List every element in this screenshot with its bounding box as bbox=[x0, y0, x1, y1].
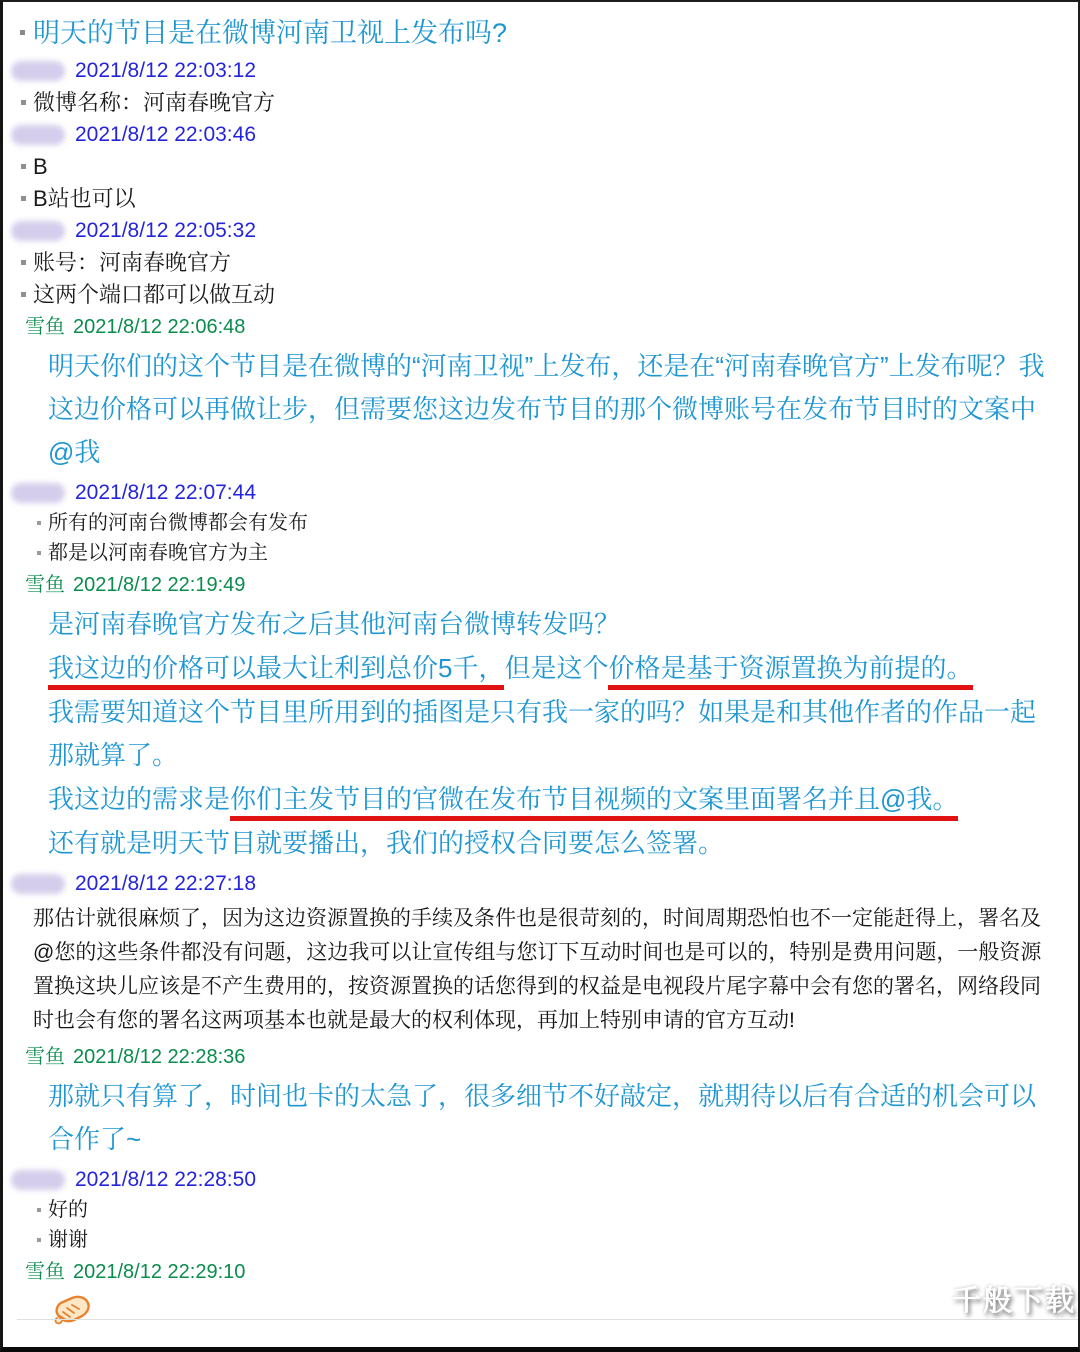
timestamp: 2021/8/12 22:06:48 bbox=[73, 316, 245, 338]
self-username: 雪鱼 bbox=[25, 1046, 65, 1068]
peer-message: 都是以河南春晚官方为主 bbox=[48, 541, 1068, 566]
peer-message: 那估计就很麻烦了，因为这边资源置换的手续及条件也是很苛刻的，时间周期恐怕也不一定… bbox=[33, 902, 1054, 1038]
chat-history: 明天的节目是在微博河南卫视上发布吗? 2021/8/12 22:03:12 微博… bbox=[3, 2, 1078, 1331]
timestamp: 2021/8/12 22:28:50 bbox=[75, 1166, 256, 1193]
plain-text: 但是这个 bbox=[504, 653, 608, 683]
self-message-underlined: 我这边的价格可以最大让利到总价5千，但是这个价格是基于资源置换为前提的。 bbox=[48, 647, 1054, 690]
timestamp: 2021/8/12 22:29:10 bbox=[73, 1261, 245, 1283]
peer-message: 好的 bbox=[48, 1198, 1068, 1223]
self-message: 还有就是明天节目就要播出，我们的授权合同要怎么签署。 bbox=[48, 822, 1054, 865]
peer-message: 所有的河南台微博都会有发布 bbox=[48, 511, 1068, 536]
timestamp: 2021/8/12 22:28:36 bbox=[73, 1046, 245, 1068]
self-message: 那就只有算了，时间也卡的太急了，很多细节不好敲定，就期待以后有合适的机会可以合作… bbox=[48, 1075, 1054, 1161]
underlined-text: 价格是基于资源置换为前提的。 bbox=[608, 653, 972, 690]
redacted-username bbox=[11, 61, 65, 81]
peer-timestamp-row: 2021/8/12 22:07:44 bbox=[11, 479, 1068, 506]
underlined-text: 我这边的价格可以最大让利到总价5千， bbox=[48, 653, 504, 690]
peer-message: 微博名称：河南春晚官方 bbox=[33, 89, 1068, 116]
peer-timestamp-row: 2021/8/12 22:03:46 bbox=[11, 121, 1068, 148]
self-message-emoji bbox=[51, 1291, 1068, 1331]
redacted-username bbox=[11, 125, 65, 145]
bottom-divider bbox=[17, 1319, 1078, 1320]
redacted-username bbox=[11, 874, 65, 894]
redacted-username bbox=[11, 483, 65, 503]
timestamp: 2021/8/12 22:05:32 bbox=[75, 217, 256, 244]
chat-log-page: 明天的节目是在微博河南卫视上发布吗? 2021/8/12 22:03:12 微博… bbox=[0, 0, 1080, 1352]
timestamp: 2021/8/12 22:07:44 bbox=[75, 479, 256, 506]
peer-message: B站也可以 bbox=[33, 185, 1068, 212]
peer-message: B bbox=[33, 153, 1068, 180]
peer-message: 这两个端口都可以做互动 bbox=[33, 281, 1068, 308]
plain-text: 我这边的需求是 bbox=[48, 784, 230, 814]
self-message-underlined: 我这边的需求是你们主发节目的官微在发布节目视频的文案里面署名并且@我。 bbox=[48, 778, 1054, 821]
self-username: 雪鱼 bbox=[25, 1261, 65, 1283]
timestamp: 2021/8/12 22:03:12 bbox=[75, 57, 256, 84]
redacted-username bbox=[11, 221, 65, 241]
handshake-icon bbox=[51, 1291, 93, 1329]
underlined-text: 你们主发节目的官微在发布节目视频的文案里面署名并且@我。 bbox=[230, 784, 958, 821]
self-timestamp-row: 雪鱼2021/8/12 22:06:48 bbox=[25, 314, 1068, 340]
peer-timestamp-row: 2021/8/12 22:27:18 bbox=[11, 870, 1068, 897]
peer-message: 谢谢 bbox=[48, 1228, 1068, 1253]
timestamp: 2021/8/12 22:03:46 bbox=[75, 121, 256, 148]
self-timestamp-row: 雪鱼2021/8/12 22:29:10 bbox=[25, 1259, 1068, 1285]
peer-message: 账号：河南春晚官方 bbox=[33, 249, 1068, 276]
peer-timestamp-row: 2021/8/12 22:05:32 bbox=[11, 217, 1068, 244]
self-username: 雪鱼 bbox=[25, 316, 65, 338]
timestamp: 2021/8/12 22:19:49 bbox=[73, 574, 245, 596]
topic-message: 明天的节目是在微博河南卫视上发布吗? bbox=[33, 14, 1068, 52]
self-message: 我需要知道这个节目里所用到的插图是只有我一家的吗？如果是和其他作者的作品一起那就… bbox=[48, 691, 1054, 777]
self-message: 是河南春晚官方发布之后其他河南台微博转发吗？ bbox=[48, 603, 1054, 646]
redacted-username bbox=[11, 1170, 65, 1190]
peer-timestamp-row: 2021/8/12 22:03:12 bbox=[11, 57, 1068, 84]
self-timestamp-row: 雪鱼2021/8/12 22:28:36 bbox=[25, 1044, 1068, 1070]
peer-timestamp-row: 2021/8/12 22:28:50 bbox=[11, 1166, 1068, 1193]
self-username: 雪鱼 bbox=[25, 574, 65, 596]
timestamp: 2021/8/12 22:27:18 bbox=[75, 870, 256, 897]
self-timestamp-row: 雪鱼2021/8/12 22:19:49 bbox=[25, 572, 1068, 598]
self-message: 明天你们的这个节目是在微博的“河南卫视”上发布，还是在“河南春晚官方”上发布呢？… bbox=[48, 345, 1054, 474]
